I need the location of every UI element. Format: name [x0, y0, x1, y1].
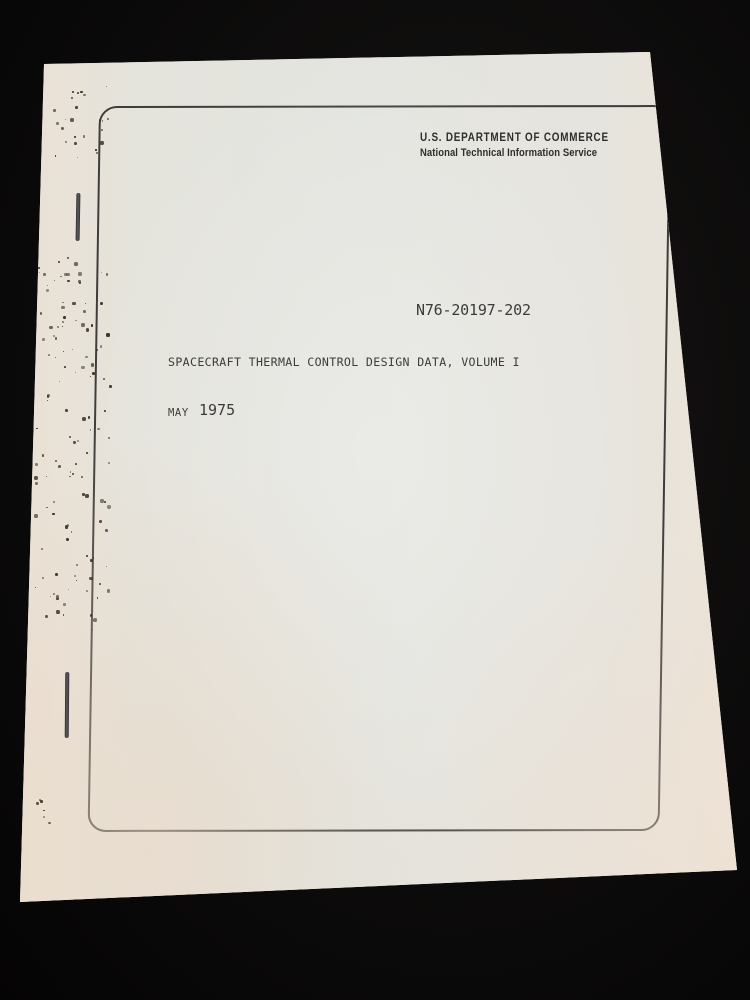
document-cover — [0, 0, 750, 1000]
staple-bottom — [65, 672, 70, 738]
agency-header: U.S. DEPARTMENT OF COMMERCE National Tec… — [420, 131, 609, 161]
accession-number: N76-20197-202 — [416, 301, 531, 319]
service-name: National Technical Information Service — [420, 146, 609, 161]
date-month: MAY — [168, 407, 189, 419]
date-year: 1975 — [199, 401, 235, 419]
department-name: U.S. DEPARTMENT OF COMMERCE — [420, 131, 609, 146]
document-title: SPACECRAFT THERMAL CONTROL DESIGN DATA, … — [168, 355, 520, 369]
cover-border-frame — [88, 105, 671, 832]
staple-top — [76, 193, 81, 241]
